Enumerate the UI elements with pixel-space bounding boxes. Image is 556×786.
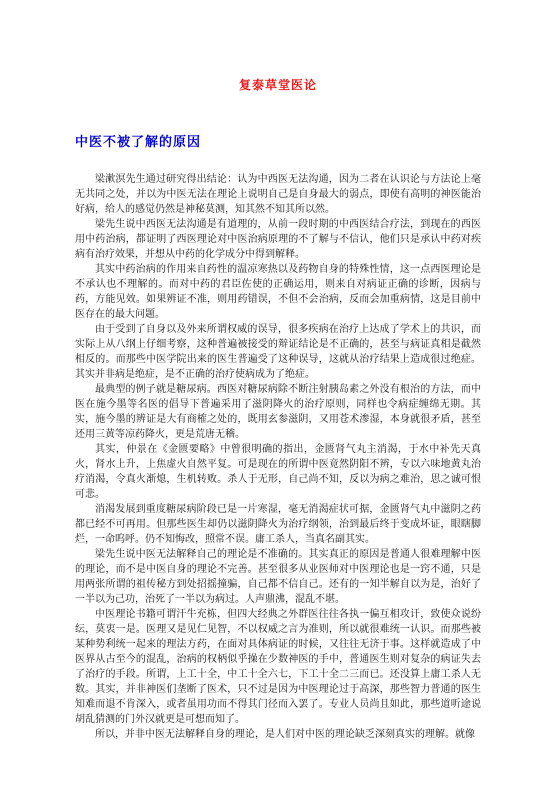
paragraph: 其实中药治病的作用来自药性的温凉寒热以及药物自身的特殊性情，这一点西医理论是不承… [75,262,481,322]
document-title: 复泰草堂医论 [0,0,556,93]
paragraph: 由于受到了自身以及外来所谓权威的误导，很多疾病在治疗上达成了学术上的共识，而实际… [75,322,481,382]
document-body: 梁漱溟先生通过研究得出结论：认为中西医无法沟通，因为二者在认识论与方法论上毫无共… [75,172,481,742]
paragraph: 其实，仲景在《金匮要略》中曾很明确的指出，金匮肾气丸主消渴，于水中补先天真火，肾… [75,442,481,502]
paragraph: 所以，并非中医无法解释自身的理论，是人们对中医的理论缺乏深刻真实的理解。就像 [75,727,481,742]
paragraph: 梁漱溟先生通过研究得出结论：认为中西医无法沟通，因为二者在认识论与方法论上毫无共… [75,172,481,217]
paragraph: 中医理论书籍可谓汗牛充栋，但四大经典之外群医往往各执一偏互相攻讦，致使众说纷纭，… [75,607,481,727]
paragraph: 消渴发展到重度糖尿病阶段已是一片寒湿，毫无消渴症状可据，金匮肾气丸中滋阴之药都已… [75,502,481,547]
document-page: 复泰草堂医论 中医不被了解的原因 梁漱溟先生通过研究得出结论：认为中西医无法沟通… [0,0,556,786]
paragraph: 梁先生说中西医无法沟通是有道理的，从前一段时期的中西医结合疗法，到现在的西医用中… [75,217,481,262]
section-heading: 中医不被了解的原因 [75,131,556,150]
paragraph: 梁先生说中医无法解释自己的理论是不准确的。其实真正的原因是普通人很难理解中医的理… [75,547,481,607]
paragraph: 最典型的例子就是糖尿病。西医对糖尿病除不断注射胰岛素之外没有根治的方法，而中医在… [75,382,481,442]
